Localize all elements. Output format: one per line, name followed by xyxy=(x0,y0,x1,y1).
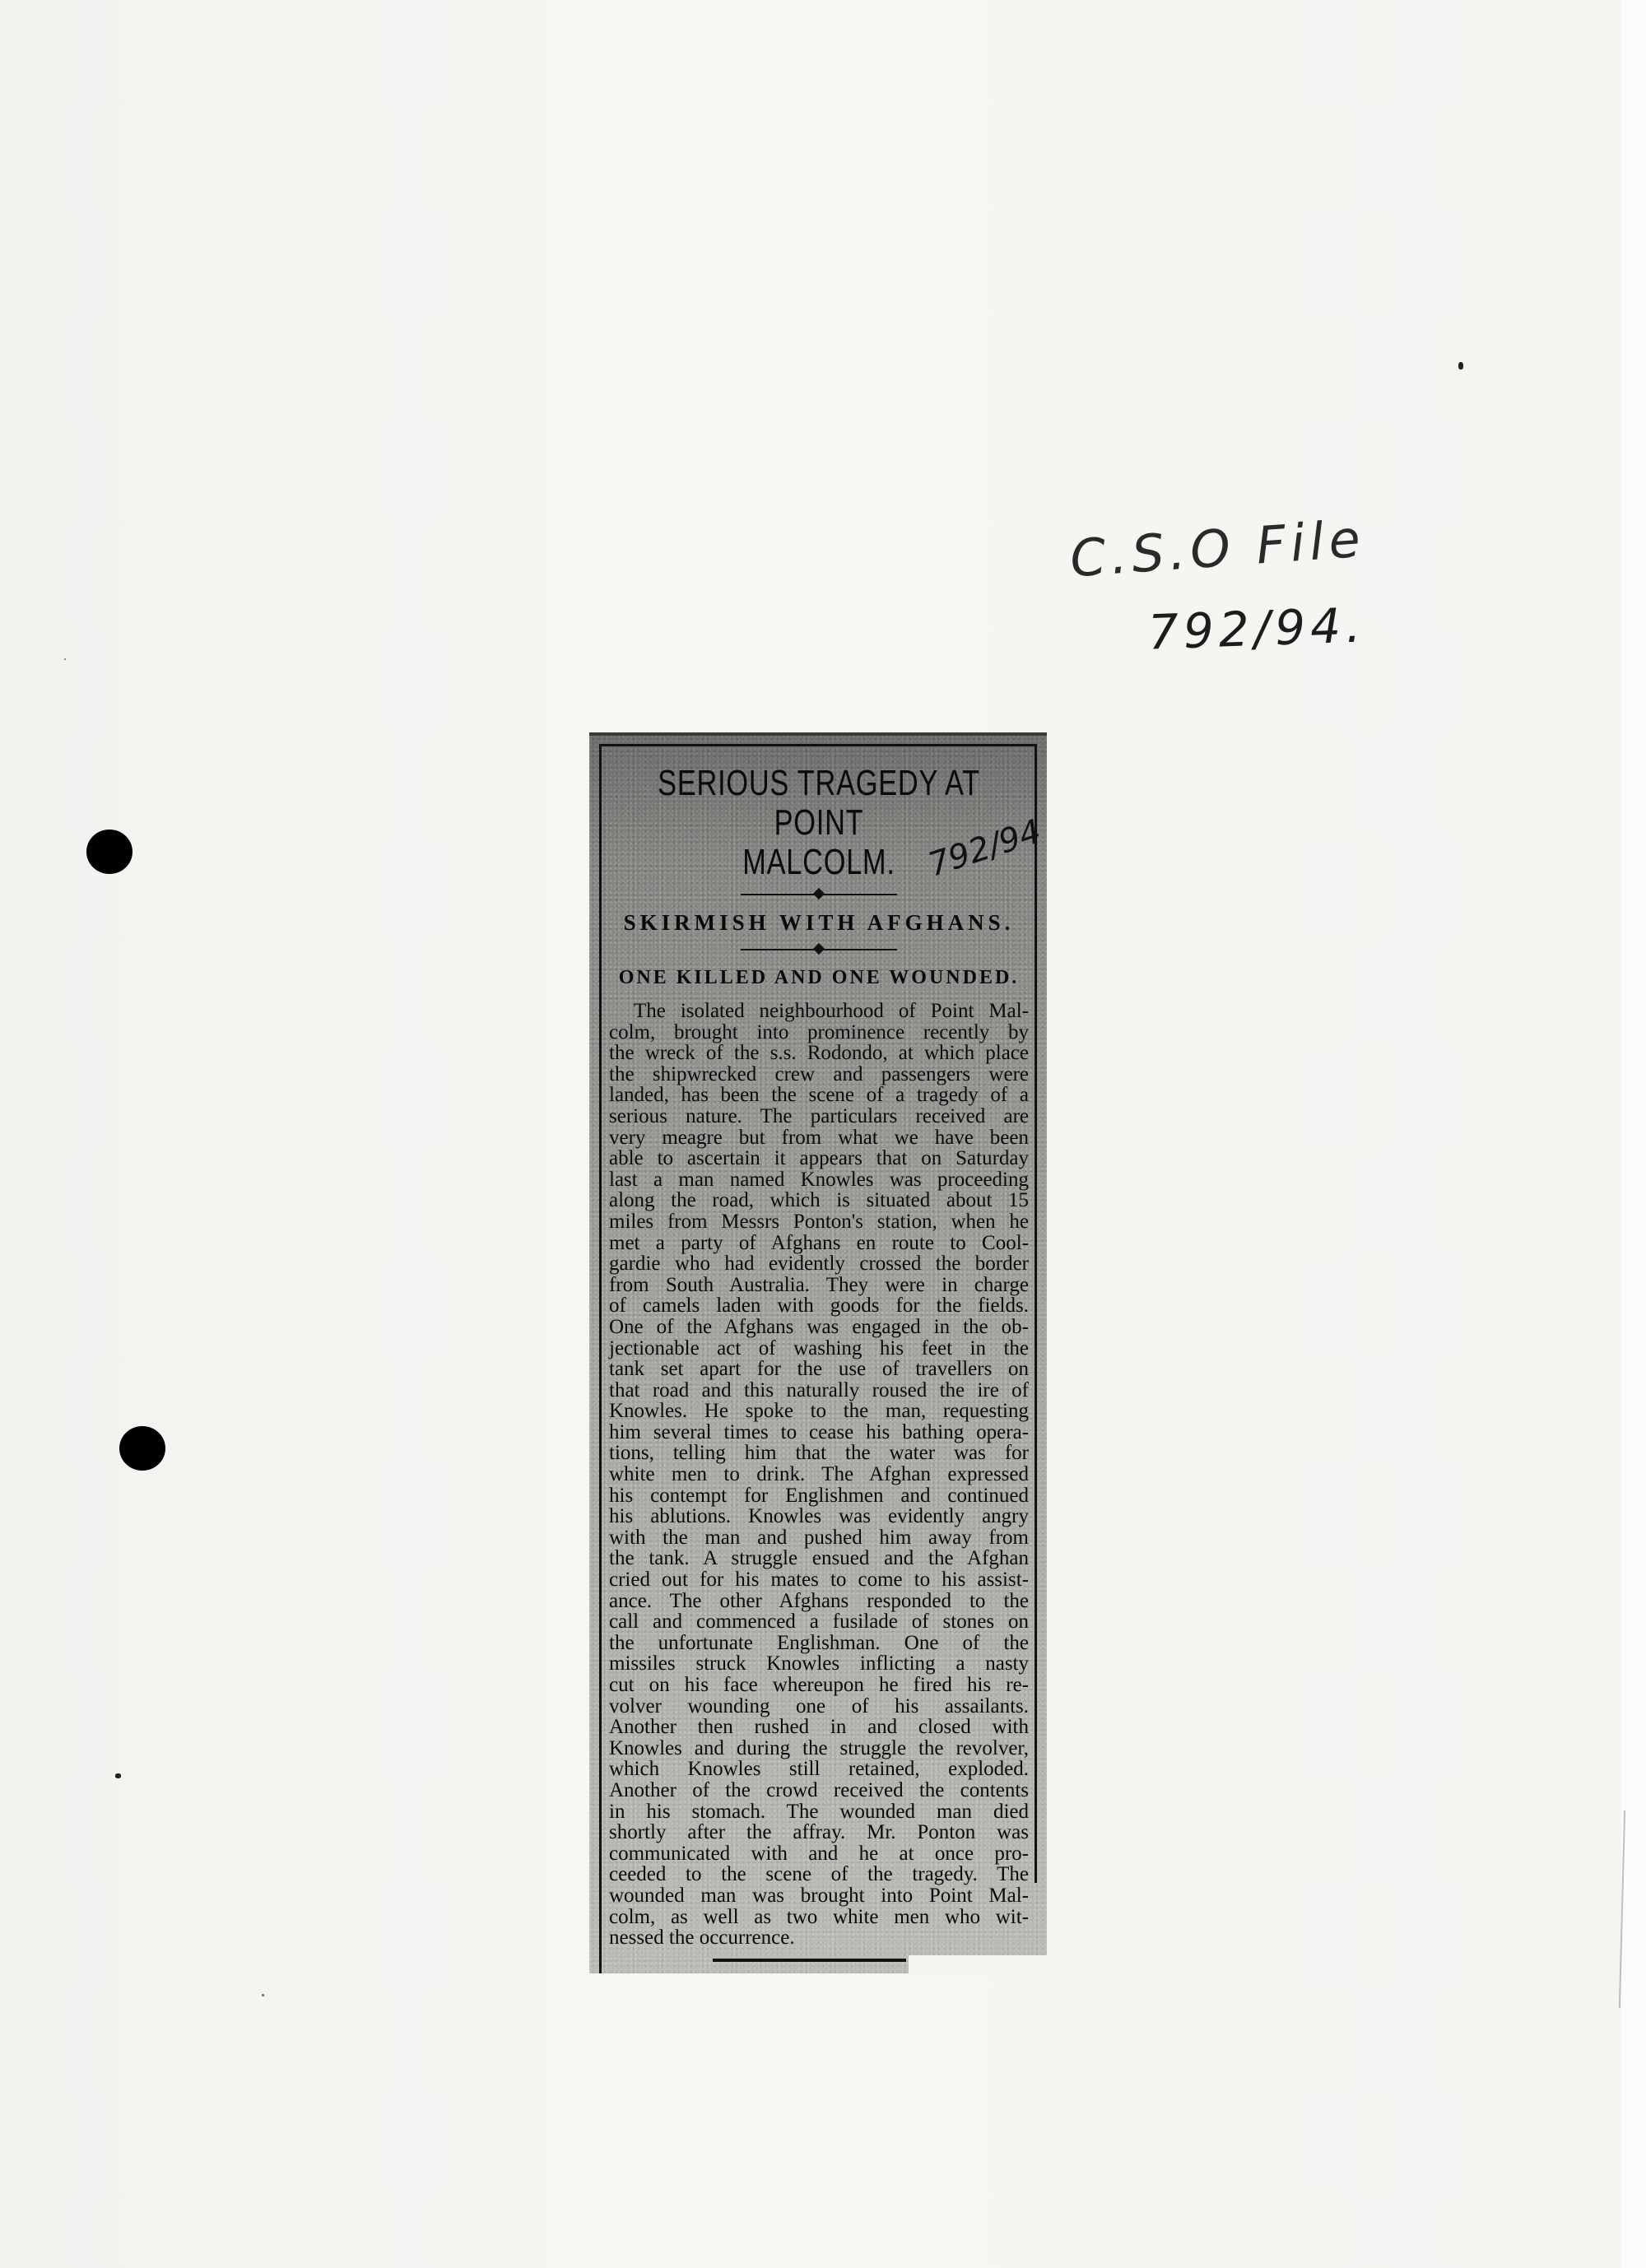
document-page: C.S.O File 792/94. SERIOUS TRAGEDY AT PO… xyxy=(0,0,1646,2268)
article-line: landed, has been the scene of a tragedy … xyxy=(609,1085,1029,1106)
article-line: that road and this naturally roused the … xyxy=(609,1380,1029,1401)
article-line: his contempt for Englishmen and continue… xyxy=(609,1485,1029,1507)
ink-speck xyxy=(1458,362,1463,369)
article-line: communicated with and he at once pro- xyxy=(609,1843,1029,1865)
page-edge xyxy=(1621,0,1646,2268)
diamond-ornament-icon xyxy=(813,888,825,899)
article-line: jectionable act of washing his feet in t… xyxy=(609,1338,1029,1359)
ink-speck xyxy=(262,1994,264,1996)
ink-speck xyxy=(115,1773,121,1778)
clipping-torn-edge xyxy=(909,1955,1047,1973)
article-line: met a party of Afghans en route to Cool- xyxy=(609,1233,1029,1254)
handwritten-file-label: C.S.O File xyxy=(1068,509,1367,589)
article-line: him several times to cease his bathing o… xyxy=(609,1422,1029,1443)
article-line: colm, as well as two white men who wit- xyxy=(609,1907,1029,1928)
article-line: ceeded to the scene of the tragedy. The xyxy=(609,1864,1029,1885)
article-line: the tank. A struggle ensued and the Afgh… xyxy=(609,1548,1029,1569)
article-line: One of the Afghans was engaged in the ob… xyxy=(609,1317,1029,1338)
ornamental-divider xyxy=(741,937,897,962)
article-end-rule xyxy=(713,1959,906,1962)
article-line: miles from Messrs Ponton's station, when… xyxy=(609,1211,1029,1233)
handwritten-file-number: 792/94. xyxy=(1147,597,1367,660)
article-line: Knowles. He spoke to the man, requesting xyxy=(609,1401,1029,1422)
article-line: of camels laden with goods for the field… xyxy=(609,1295,1029,1317)
article-line: very meagre but from what we have been xyxy=(609,1127,1029,1149)
clipping-border-left xyxy=(599,744,602,1973)
article-column: SERIOUS TRAGEDY AT POINT MALCOLM. 792/94… xyxy=(609,747,1029,1949)
article-line: cried out for his mates to come to his a… xyxy=(609,1569,1029,1591)
article-line: tank set apart for the use of travellers… xyxy=(609,1359,1029,1380)
article-line: his ablutions. Knowles was evidently ang… xyxy=(609,1506,1029,1527)
article-line: the shipwrecked crew and passengers were xyxy=(609,1064,1029,1085)
ink-speck xyxy=(64,658,66,660)
article-line: gardie who had evidently crossed the bor… xyxy=(609,1253,1029,1275)
article-line: volver wounding one of his assailants. xyxy=(609,1696,1029,1717)
article-line: with the man and pushed him away from xyxy=(609,1527,1029,1549)
article-subheading: SKIRMISH WITH AFGHANS. xyxy=(609,910,1029,936)
article-line: tions, telling him that the water was fo… xyxy=(609,1443,1029,1464)
article-line: in his stomach. The wounded man died xyxy=(609,1801,1029,1823)
article-line: call and commenced a fusilade of stones … xyxy=(609,1611,1029,1633)
article-body: The isolated neighbourhood of Point Mal-… xyxy=(609,1001,1029,1949)
newspaper-clipping: SERIOUS TRAGEDY AT POINT MALCOLM. 792/94… xyxy=(589,732,1047,1973)
article-line: the unfortunate Englishman. One of the xyxy=(609,1633,1029,1654)
clipping-border-right xyxy=(1035,744,1037,1883)
article-line: able to ascertain it appears that on Sat… xyxy=(609,1148,1029,1169)
article-line: cut on his face whereupon he fired his r… xyxy=(609,1675,1029,1696)
punch-hole-icon xyxy=(86,830,133,874)
article-line: the wreck of the s.s. Rodondo, at which … xyxy=(609,1043,1029,1064)
clipping-border-top xyxy=(599,744,1037,746)
article-line: last a man named Knowles was proceeding xyxy=(609,1169,1029,1191)
article-line: Knowles and during the struggle the revo… xyxy=(609,1738,1029,1759)
article-line: which Knowles still retained, exploded. xyxy=(609,1759,1029,1780)
article-line: The isolated neighbourhood of Point Mal- xyxy=(609,1001,1029,1022)
article-line: colm, brought into prominence recently b… xyxy=(609,1022,1029,1043)
article-line: missiles struck Knowles inflicting a nas… xyxy=(609,1653,1029,1675)
article-line: wounded man was brought into Point Mal- xyxy=(609,1885,1029,1907)
article-line: shortly after the affray. Mr. Ponton was xyxy=(609,1822,1029,1843)
diamond-ornament-icon xyxy=(813,943,825,955)
article-line: along the road, which is situated about … xyxy=(609,1190,1029,1211)
ornamental-divider xyxy=(741,882,897,907)
article-subheading-2: ONE KILLED AND ONE WOUNDED. xyxy=(609,967,1029,989)
article-line: Another then rushed in and closed with xyxy=(609,1717,1029,1738)
article-line: from South Australia. They were in charg… xyxy=(609,1275,1029,1296)
article-line: white men to drink. The Afghan expressed xyxy=(609,1464,1029,1485)
article-line: ance. The other Afghans responded to the xyxy=(609,1591,1029,1612)
article-line: nessed the occurrence. xyxy=(609,1927,1029,1949)
article-line: Another of the crowd received the conten… xyxy=(609,1780,1029,1801)
article-line: serious nature. The particulars received… xyxy=(609,1106,1029,1127)
headline-line-1: SERIOUS TRAGEDY AT POINT xyxy=(611,764,1028,843)
punch-hole-icon xyxy=(119,1426,165,1471)
